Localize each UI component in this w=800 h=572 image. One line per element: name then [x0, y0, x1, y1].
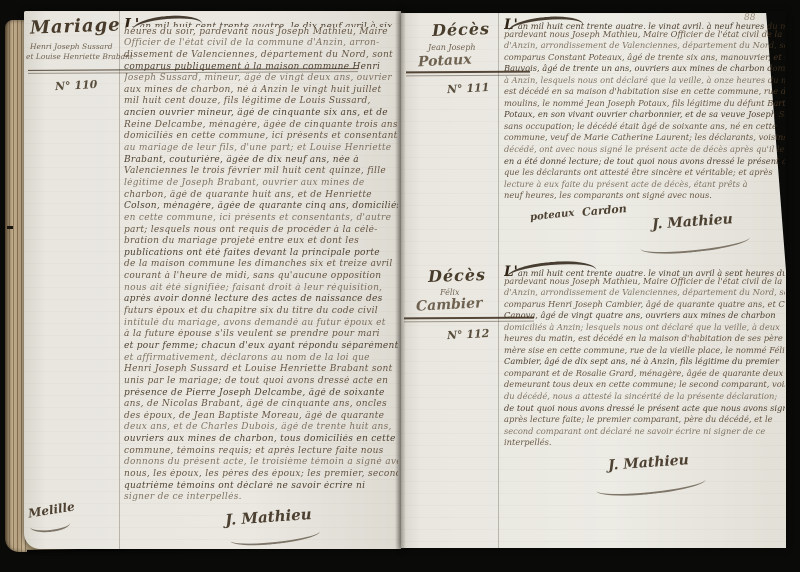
act-number-111: N° 111 [447, 81, 490, 96]
manuscript-line: demeurant tous deux en cette commune; le… [504, 379, 785, 391]
edge-mark [7, 226, 13, 229]
manuscript-line: Joseph Sussard, mineur, âgé de vingt deu… [124, 73, 398, 85]
death-act-112-title: Décès [428, 265, 487, 286]
left-margin-rule [119, 11, 120, 549]
manuscript-line: après avoir donné lecture des actes de n… [124, 294, 398, 306]
manuscript-line: neuf heures, les comparants ont signé av… [504, 190, 785, 202]
manuscript-line: à Anzin, lesquels nous ont déclaré que l… [504, 75, 785, 87]
manuscript-line: publications ont été faites devant la pr… [124, 248, 398, 260]
manuscript-line: charbon, âgé de quarante huit ans, et de… [124, 190, 398, 202]
deceased-name-line2: Potaux [418, 52, 472, 71]
manuscript-line: en cette commune, ici présents et consen… [124, 213, 398, 225]
manuscript-line: heures du matin, est décédé en la maison… [504, 333, 785, 345]
manuscript-line: pardevant nous Joseph Mathieu, Maire Off… [504, 29, 785, 41]
manuscript-line: domiciliés en cette commune, ici présent… [124, 131, 398, 143]
manuscript-line: domiciliés à Anzin; lesquels nous ont dé… [504, 322, 785, 334]
manuscript-line: donnons du présent acte, le troisième té… [124, 457, 398, 469]
manuscript-line: part; lesquels nous ont requis de procéd… [124, 225, 398, 237]
act-number-110: N° 110 [55, 78, 98, 93]
manuscript-line: à la future épouse s'ils veulent se pren… [124, 329, 398, 341]
manuscript-line: heures du soir, pardevant nous Joseph Ma… [124, 27, 398, 39]
manuscript-line: Canova, âgé de vingt quatre ans, ouvrier… [504, 310, 785, 322]
manuscript-line: comparus Henri Joseph Cambier, âgé de qu… [504, 299, 785, 311]
manuscript-line: L'an mil huit cent trente quatre, le vin… [504, 264, 785, 276]
manuscript-line: Brabant, couturière, âgée de dix neuf an… [124, 155, 398, 167]
manuscript-line: d'Anzin, arrondissement de Valenciennes,… [504, 40, 785, 52]
manuscript-line: Cambier, âgé de dix sept ans, né à Anzin… [504, 356, 785, 368]
manuscript-line: courant à l'heure de midi, sans qu'aucun… [124, 271, 398, 283]
manuscript-line: en a été donné lecture; de tout quoi nou… [504, 156, 785, 168]
manuscript-line: comparant et de Rosalie Grard, ménagère,… [504, 368, 785, 380]
marriage-act-title: Mariage [30, 14, 121, 38]
register-scan: 88 Mariage Henri Joseph Sussard et Louis… [0, 0, 800, 572]
manuscript-line: Potaux, en son vivant ouvrier charbonnie… [504, 109, 785, 121]
manuscript-line: au mariage de leur fils, d'une part; et … [124, 143, 398, 155]
manuscript-line: moulins, le nommé Jean Joseph Potaux, fi… [504, 98, 785, 110]
manuscript-line: lecture à eux faite du présent acte de d… [504, 179, 785, 191]
marriage-act-body: L'an mil huit cent trente quatre, le dix… [124, 15, 398, 507]
manuscript-line: comparus publiquement à la maison commun… [124, 62, 398, 74]
death-act-112-body: L'an mil huit cent trente quatre, le vin… [504, 264, 785, 450]
manuscript-line: mère sise en cette commune, rue de la vi… [504, 345, 785, 357]
manuscript-line: futurs époux et du chapitre six du titre… [124, 306, 398, 318]
right-margin-rule [498, 13, 499, 548]
act-number-112: N° 112 [447, 327, 490, 342]
manuscript-line: de la maison commune les dimanches six e… [124, 259, 398, 271]
death-act-111-body: L'an mil huit cent trente quatre, le vin… [504, 17, 785, 203]
manuscript-line: interpellés. [504, 437, 785, 449]
manuscript-line: Colson, ménagère, âgée de quarante cinq … [124, 201, 398, 213]
manuscript-line: Bauvois, âgé de trente un ans, ouvriers … [504, 63, 785, 75]
manuscript-line: ouvriers aux mines de charbon, tous domi… [124, 434, 398, 446]
manuscript-line: Henri Joseph Sussard et Louise Henriette… [124, 364, 398, 376]
manuscript-line: aux mines de charbon, né à Anzin le ving… [124, 85, 398, 97]
manuscript-line: signer de ce interpellés. [124, 492, 398, 504]
deceased-name-line1: Jean Joseph [428, 43, 476, 52]
manuscript-line: commune, veuf de Marie Catherine Laurent… [504, 132, 785, 144]
bride-name: et Louise Henriette Brabant [26, 52, 133, 61]
manuscript-line: d'Anzin, arrondissement de Valenciennes,… [504, 287, 785, 299]
manuscript-line: mil huit cent douze, fils légitime de Lo… [124, 96, 398, 108]
manuscript-line: dissement de Valenciennes, département d… [124, 50, 398, 62]
manuscript-line: nous ait été signifiée; faisant droit à … [124, 283, 398, 295]
manuscript-line: Officier de l'état civil de la commune d… [124, 38, 398, 50]
manuscript-line: commune, témoins requis; et après lectur… [124, 446, 398, 458]
manuscript-line: Valenciennes le trois février mil huit c… [124, 166, 398, 178]
manuscript-line: et pour femme; chacun d'eux ayant répond… [124, 341, 398, 353]
manuscript-line: de tout quoi nous avons dressé le présen… [504, 403, 785, 415]
manuscript-line: du décédé, nous a attesté la sincérité d… [504, 391, 785, 403]
manuscript-line: sans occupation; le décédé était âgé de … [504, 121, 785, 133]
manuscript-line: des époux, de Jean Baptiste Moreau, âgé … [124, 411, 398, 423]
manuscript-line: Reine Delcambe, ménagère, âgée de cinqua… [124, 120, 398, 132]
manuscript-line: quatrième témoins ont déclaré ne savoir … [124, 481, 398, 493]
manuscript-line: ancien ouvrier mineur, âgé de cinquante … [124, 108, 398, 120]
manuscript-line: unis par le mariage; de tout quoi avons … [124, 376, 398, 388]
manuscript-line: après lecture faite; le premier comparan… [504, 414, 785, 426]
manuscript-line: L'an mil huit cent trente quatre, le dix… [124, 15, 398, 27]
manuscript-line: second comparant ont déclaré ne savoir é… [504, 426, 785, 438]
manuscript-line: deux ans, et de Charles Dubois, âgé de t… [124, 422, 398, 434]
manuscript-line: que les déclarants ont attesté être sinc… [504, 167, 785, 179]
manuscript-line: décédé, ont avec nous signé le présent a… [504, 144, 785, 156]
manuscript-line: et affirmativement, déclarons au nom de … [124, 353, 398, 365]
manuscript-line: est décédé en sa maison d'habitation sis… [504, 86, 785, 98]
manuscript-line: pardevant nous Joseph Mathieu, Maire Off… [504, 276, 785, 288]
manuscript-line: légitime de Joseph Brabant, ouvrier aux … [124, 178, 398, 190]
manuscript-line: présence de Pierre Joseph Delcambe, âgé … [124, 388, 398, 400]
death-act-111-title: Décès [432, 19, 491, 40]
manuscript-line: intitulé du mariage, avons demandé au fu… [124, 318, 398, 330]
manuscript-line: nous, les époux, les pères des époux; le… [124, 469, 398, 481]
groom-name: Henri Joseph Sussard [30, 42, 113, 51]
manuscript-line: bration du mariage projeté entre eux et … [124, 236, 398, 248]
manuscript-line: comparus Constant Poteaux, âgé de trente… [504, 52, 785, 64]
manuscript-line: L'an mil huit cent trente quatre, le vin… [504, 17, 785, 29]
manuscript-line: ans, de Nicolas Brabant, âgé de cinquant… [124, 399, 398, 411]
